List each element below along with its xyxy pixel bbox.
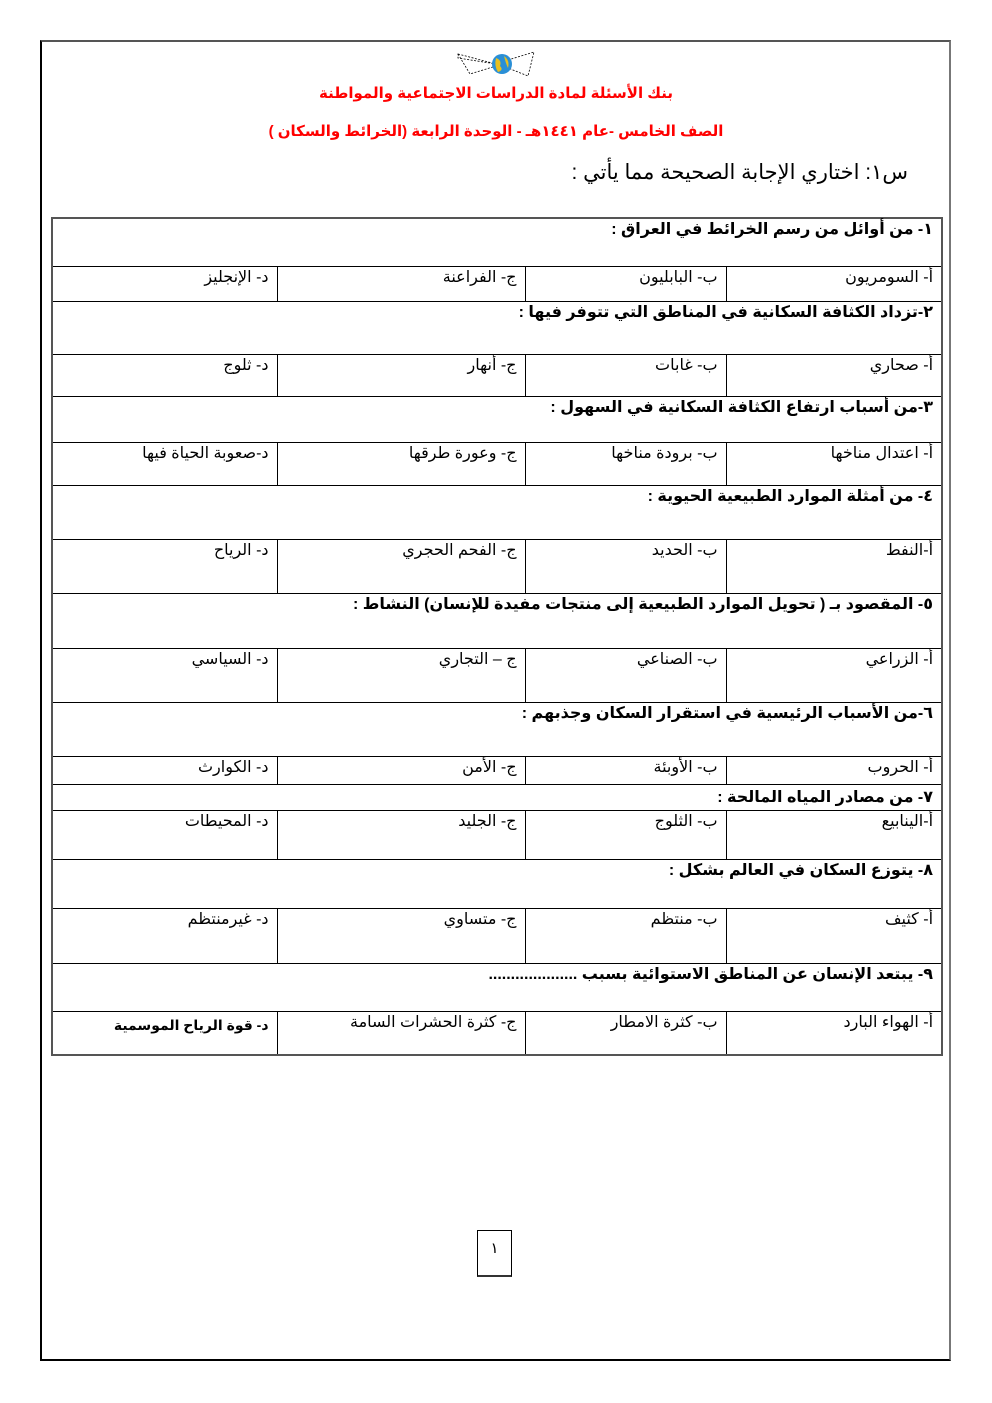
- option-c[interactable]: ج- كثرة الحشرات السامة: [277, 1011, 525, 1055]
- option-d[interactable]: د- السياسي: [52, 648, 277, 702]
- options-row: أ- السومريون ب- البابليون ج- الفراعنة د-…: [52, 266, 942, 301]
- option-c[interactable]: ج- متساوي: [277, 908, 525, 963]
- option-c[interactable]: ج- الأمن: [277, 756, 525, 784]
- option-a[interactable]: أ-الينابيع: [726, 810, 942, 859]
- options-row: أ- اعتدال مناخها ب- برودة مناخها ج- وعور…: [52, 442, 942, 485]
- option-b[interactable]: ب- برودة مناخها: [525, 442, 726, 485]
- option-c[interactable]: ج- الجليد: [277, 810, 525, 859]
- page-number: ١: [477, 1230, 512, 1277]
- option-d[interactable]: د- الرياح: [52, 539, 277, 593]
- question-text: ٩- يبتعد الإنسان عن المناطق الاستوائية ب…: [52, 963, 942, 1011]
- option-d[interactable]: د- الإنجليز: [52, 266, 277, 301]
- question-row: ٧- من مصادر المياه المالحة :: [52, 784, 942, 810]
- question-row: ٣-من أسباب ارتفاع الكثافة السكانية في ال…: [52, 396, 942, 442]
- option-c[interactable]: ج- الفراعنة: [277, 266, 525, 301]
- question-text: ٣-من أسباب ارتفاع الكثافة السكانية في ال…: [52, 396, 942, 442]
- option-a[interactable]: أ- كثيف: [726, 908, 942, 963]
- option-c[interactable]: ج- وعورة طرقها: [277, 442, 525, 485]
- questions-table: ١- من أوائل من رسم الخرائط في العراق : أ…: [51, 217, 943, 1056]
- options-row: أ- كثيف ب- منتظم ج- متساوي د- غيرمنتظم: [52, 908, 942, 963]
- question-row: ٢-تزداد الكثافة السكانية في المناطق التي…: [52, 301, 942, 354]
- option-d[interactable]: د- الكوارث: [52, 756, 277, 784]
- option-c[interactable]: ج- الفحم الحجري: [277, 539, 525, 593]
- option-b[interactable]: ب- البابليون: [525, 266, 726, 301]
- option-d[interactable]: د- غيرمنتظم: [52, 908, 277, 963]
- question-text: ٥- المقصود بـ ( تحويل الموارد الطبيعية إ…: [52, 593, 942, 648]
- option-b[interactable]: ب- منتظم: [525, 908, 726, 963]
- options-row: أ-النفط ب- الحديد ج- الفحم الحجري د- الر…: [52, 539, 942, 593]
- options-row: أ- صحاري ب- غابات ج- أنهار د- ثلوج: [52, 354, 942, 396]
- question-row: ٥- المقصود بـ ( تحويل الموارد الطبيعية إ…: [52, 593, 942, 648]
- question-row: ٤- من أمثلة الموارد الطبيعية الحيوية :: [52, 485, 942, 539]
- question-text: ٧- من مصادر المياه المالحة :: [52, 784, 942, 810]
- option-b[interactable]: ب- الثلوج: [525, 810, 726, 859]
- options-row: أ-الينابيع ب- الثلوج ج- الجليد د- المحيط…: [52, 810, 942, 859]
- options-row: أ- الزراعي ب- الصناعي ج – التجاري د- الس…: [52, 648, 942, 702]
- question-text: ٨- يتوزع السكان في العالم بشكل :: [52, 859, 942, 908]
- option-a[interactable]: أ- الزراعي: [726, 648, 942, 702]
- document-title: بنك الأسئلة لمادة الدراسات الاجتماعية وا…: [0, 84, 992, 102]
- option-b[interactable]: ب- الأوبئة: [525, 756, 726, 784]
- question-row: ١- من أوائل من رسم الخرائط في العراق :: [52, 218, 942, 266]
- question-text: ٢-تزداد الكثافة السكانية في المناطق التي…: [52, 301, 942, 354]
- option-a[interactable]: أ- الهواء البارد: [726, 1011, 942, 1055]
- document-subtitle: الصف الخامس -عام ١٤٤١هـ - الوحدة الرابعة…: [0, 122, 992, 140]
- section-instruction: س١: اختاري الإجابة الصحيحة مما يأتي :: [571, 160, 908, 185]
- question-text: ٦-من الأسباب الرئيسية في استقرار السكان …: [52, 702, 942, 756]
- option-b[interactable]: ب- الصناعي: [525, 648, 726, 702]
- option-a[interactable]: أ- صحاري: [726, 354, 942, 396]
- question-text: ١- من أوائل من رسم الخرائط في العراق :: [52, 218, 942, 266]
- option-a[interactable]: أ- السومريون: [726, 266, 942, 301]
- option-d[interactable]: د- قوة الرياح الموسمية: [52, 1011, 277, 1055]
- question-row: ٦-من الأسباب الرئيسية في استقرار السكان …: [52, 702, 942, 756]
- option-c[interactable]: ج – التجاري: [277, 648, 525, 702]
- option-b[interactable]: ب- الحديد: [525, 539, 726, 593]
- option-c[interactable]: ج- أنهار: [277, 354, 525, 396]
- option-a[interactable]: أ- الحروب: [726, 756, 942, 784]
- options-row: أ- الهواء البارد ب- كثرة الامطار ج- كثرة…: [52, 1011, 942, 1055]
- options-row: أ- الحروب ب- الأوبئة ج- الأمن د- الكوارث: [52, 756, 942, 784]
- option-d[interactable]: د- المحيطات: [52, 810, 277, 859]
- option-d[interactable]: د-صعوبة الحياة فيها: [52, 442, 277, 485]
- option-b[interactable]: ب- غابات: [525, 354, 726, 396]
- option-a[interactable]: أ- اعتدال مناخها: [726, 442, 942, 485]
- question-text: ٤- من أمثلة الموارد الطبيعية الحيوية :: [52, 485, 942, 539]
- option-b[interactable]: ب- كثرة الامطار: [525, 1011, 726, 1055]
- option-a[interactable]: أ-النفط: [726, 539, 942, 593]
- globe-with-wings-icon: [456, 50, 536, 78]
- question-row: ٨- يتوزع السكان في العالم بشكل :: [52, 859, 942, 908]
- option-d[interactable]: د- ثلوج: [52, 354, 277, 396]
- question-row: ٩- يبتعد الإنسان عن المناطق الاستوائية ب…: [52, 963, 942, 1011]
